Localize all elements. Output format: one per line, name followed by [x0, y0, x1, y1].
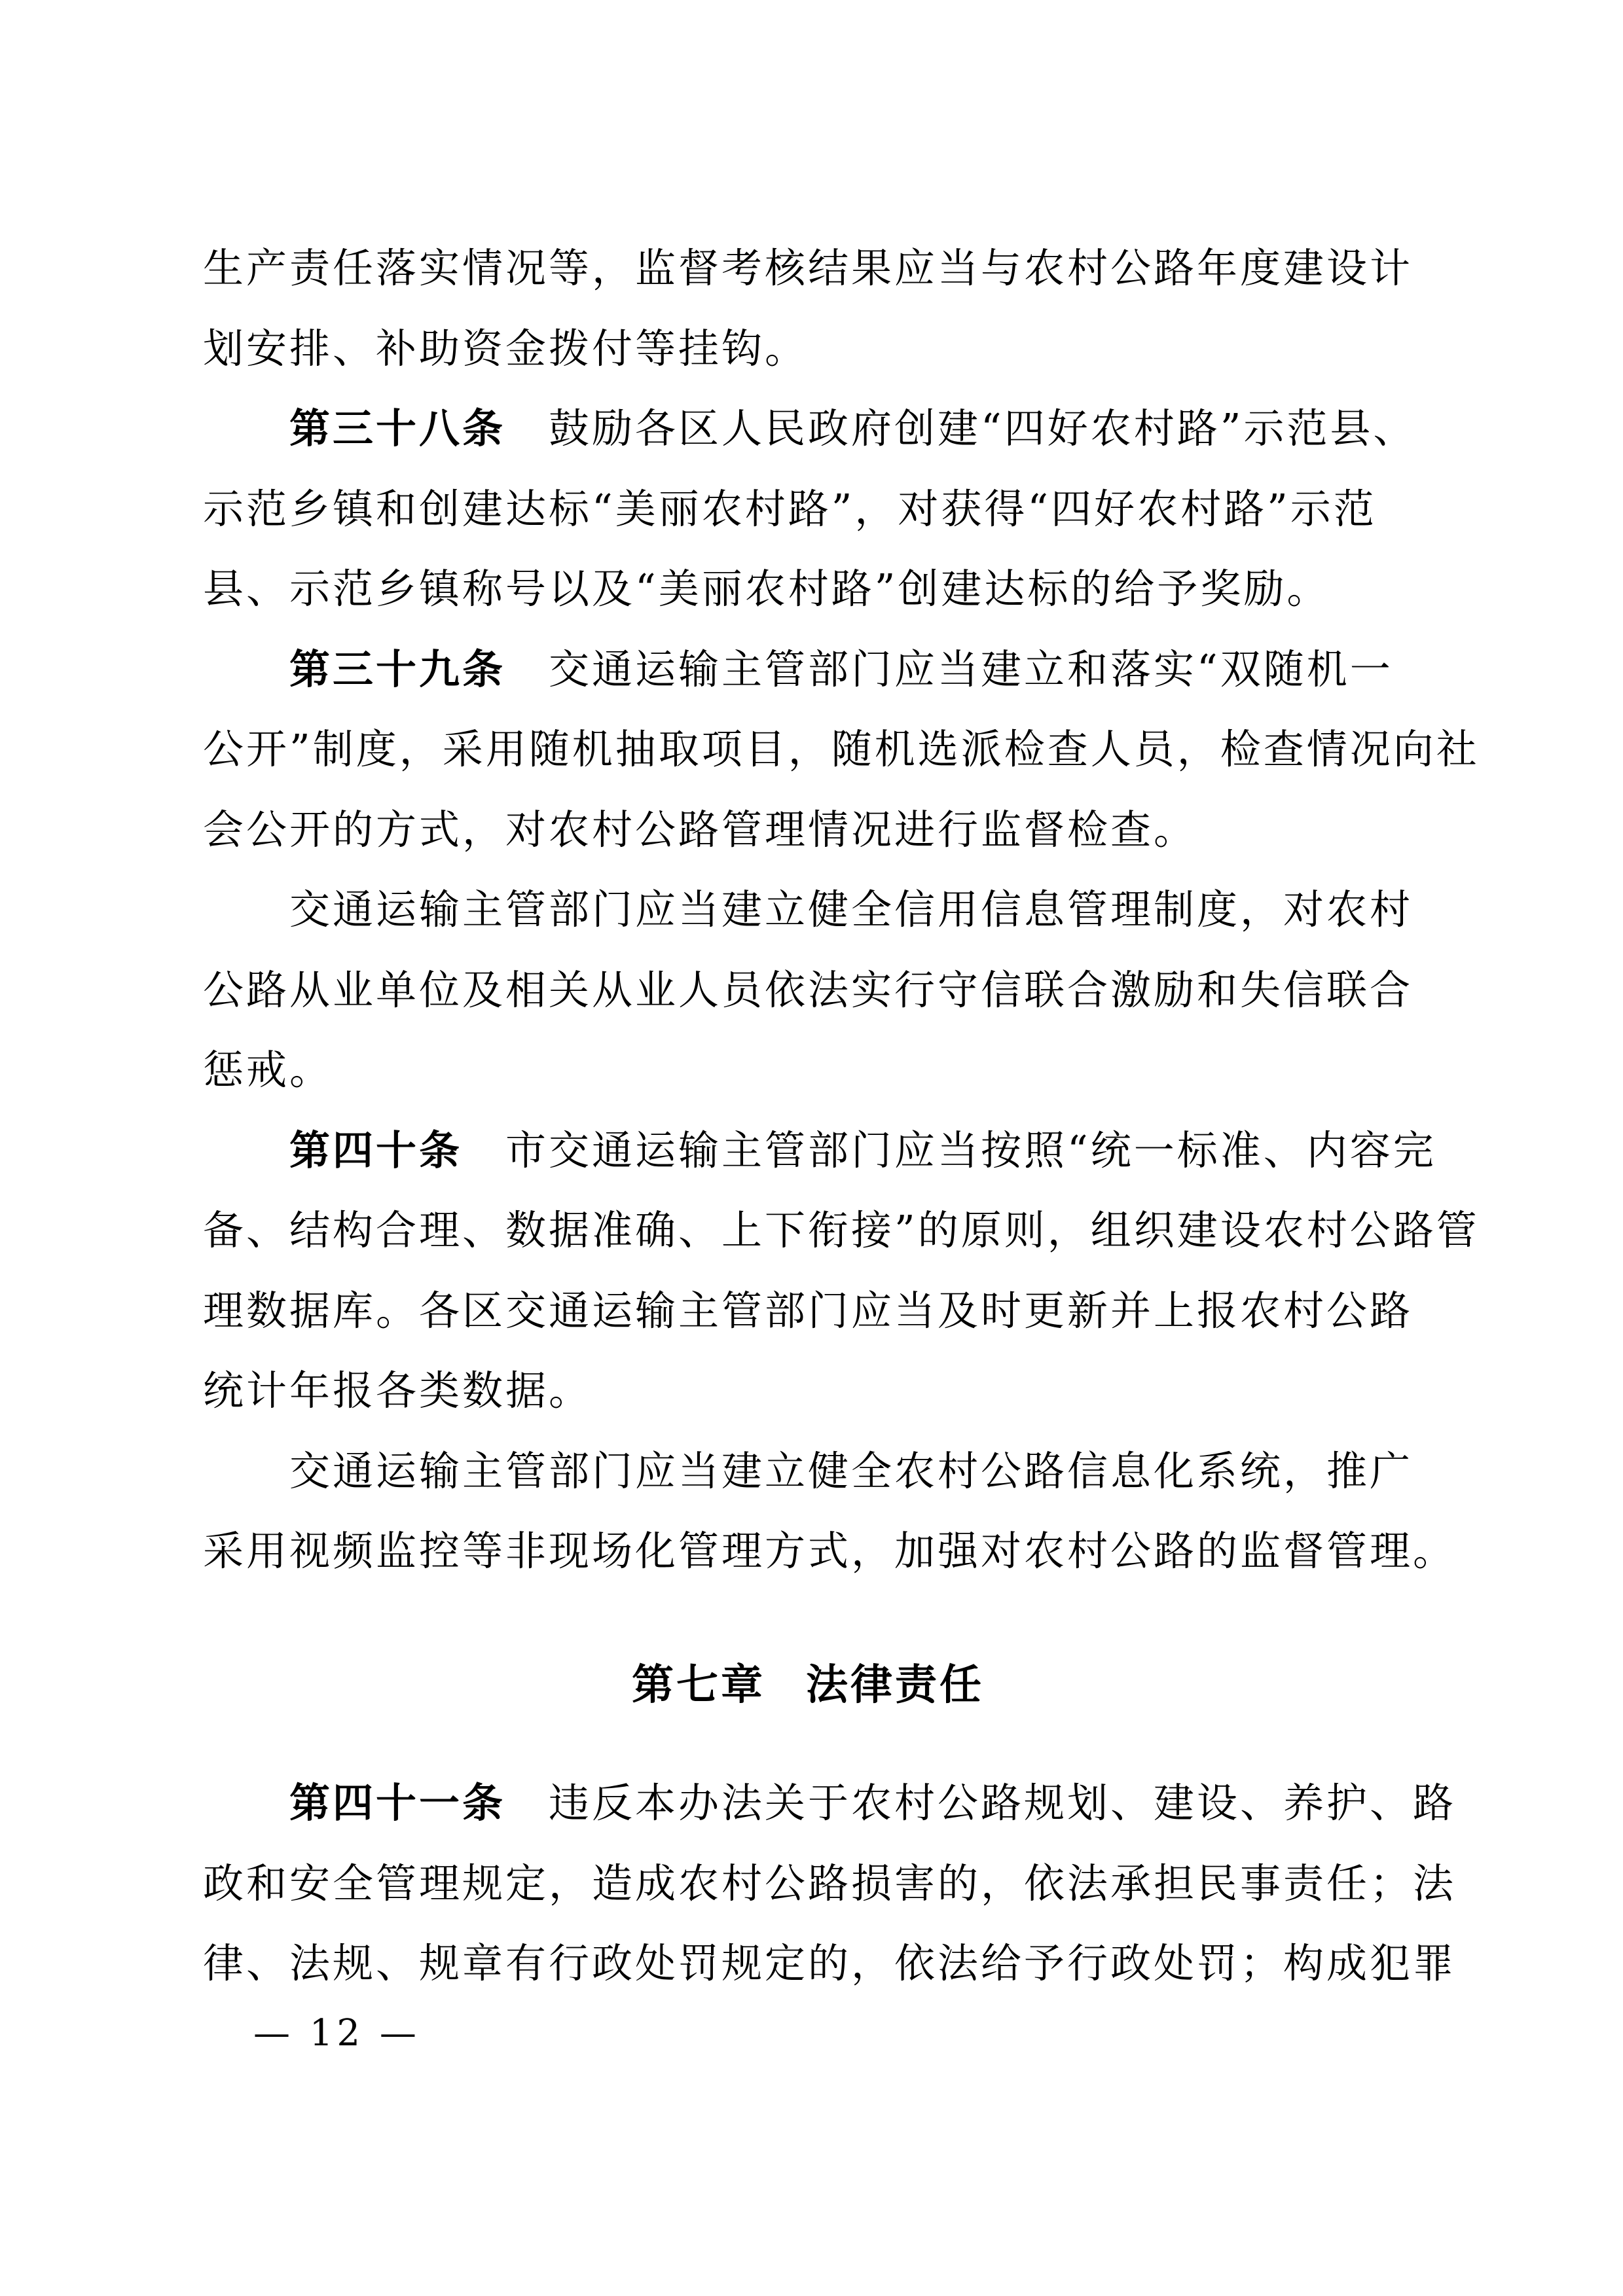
text-line: 惩戒。	[203, 1030, 1413, 1111]
line-text: 交通运输主管部门应当建立健全信用信息管理制度，对农村	[289, 886, 1413, 933]
text-line: 第三十八条鼓励各区人民政府创建“四好农村路”示范县、	[203, 389, 1413, 469]
line-text: 律、法规、规章有行政处罚规定的，依法给予行政处罚；构成犯罪	[203, 1939, 1456, 1987]
text-line: 划安排、补助资金拨付等挂钩。	[203, 309, 1413, 389]
text-line: 采用视频监控等非现场化管理方式，加强对农村公路的监督管理。	[203, 1511, 1413, 1592]
line-text: 鼓励各区人民政府创建“四好农村路”示范县、	[549, 404, 1416, 452]
text-line: 交通运输主管部门应当建立健全农村公路信息化系统，推广	[203, 1431, 1413, 1512]
text-line: 县、示范乡镇称号以及“美丽农村路”创建达标的给予奖励。	[203, 549, 1413, 630]
line-text: 生产责任落实情况等，监督考核结果应当与农村公路年度建设计	[203, 244, 1413, 292]
line-text: 违反本办法关于农村公路规划、建设、养护、路	[549, 1779, 1456, 1827]
text-line: 第四十一条违反本办法关于农村公路规划、建设、养护、路	[203, 1763, 1413, 1844]
line-text: 政和安全管理规定，造成农村公路损害的，依法承担民事责任；法	[203, 1859, 1456, 1907]
text-line: 备、结构合理、数据准确、上下衔接”的原则，组织建设农村公路管	[203, 1191, 1413, 1271]
document-page: 生产责任落实情况等，监督考核结果应当与农村公路年度建设计划安排、补助资金拨付等挂…	[0, 0, 1623, 2296]
line-text: 惩戒。	[203, 1046, 333, 1094]
text-line: 第三十九条交通运输主管部门应当建立和落实“双随机一	[203, 630, 1413, 710]
text-line: 统计年报各类数据。	[203, 1351, 1413, 1431]
text-line: 示范乡镇和创建达标“美丽农村路”，对获得“四好农村路”示范	[203, 469, 1413, 550]
line-text: 县、示范乡镇称号以及“美丽农村路”创建达标的给予奖励。	[203, 565, 1330, 613]
line-text: 交通运输主管部门应当建立和落实“双随机一	[549, 645, 1393, 693]
body-text-before-heading: 生产责任落实情况等，监督考核结果应当与农村公路年度建设计划安排、补助资金拨付等挂…	[203, 228, 1413, 1592]
text-line: 理数据库。各区交通运输主管部门应当及时更新并上报农村公路	[203, 1271, 1413, 1352]
text-line: 第四十条市交通运输主管部门应当按照“统一标准、内容完	[203, 1111, 1413, 1191]
line-text: 市交通运输主管部门应当按照“统一标准、内容完	[505, 1126, 1436, 1174]
line-text: 统计年报各类数据。	[203, 1367, 592, 1414]
text-line: 公路从业单位及相关从业人员依法实行守信联合激励和失信联合	[203, 950, 1413, 1031]
text-line: 交通运输主管部门应当建立健全信用信息管理制度，对农村	[203, 870, 1413, 950]
text-line: 政和安全管理规定，造成农村公路损害的，依法承担民事责任；法	[203, 1844, 1413, 1924]
line-text: 公路从业单位及相关从业人员依法实行守信联合激励和失信联合	[203, 966, 1413, 1014]
line-text: 划安排、补助资金拨付等挂钩。	[203, 325, 808, 372]
article-number: 第三十八条	[289, 404, 505, 452]
chapter-heading: 第七章法律责任	[203, 1645, 1413, 1726]
line-text: 采用视频监控等非现场化管理方式，加强对农村公路的监督管理。	[203, 1527, 1456, 1575]
article-number: 第四十条	[289, 1126, 462, 1174]
text-line: 律、法规、规章有行政处罚规定的，依法给予行政处罚；构成犯罪	[203, 1924, 1413, 2004]
line-text: 理数据库。各区交通运输主管部门应当及时更新并上报农村公路	[203, 1287, 1413, 1335]
line-text: 示范乡镇和创建达标“美丽农村路”，对获得“四好农村路”示范	[203, 485, 1377, 533]
line-text: 备、结构合理、数据准确、上下衔接”的原则，组织建设农村公路管	[203, 1206, 1480, 1254]
line-text: 交通运输主管部门应当建立健全农村公路信息化系统，推广	[289, 1447, 1413, 1495]
text-line: 会公开的方式，对农村公路管理情况进行监督检查。	[203, 790, 1413, 870]
body-text-after-heading: 第四十一条违反本办法关于农村公路规划、建设、养护、路政和安全管理规定，造成农村公…	[203, 1763, 1413, 2004]
article-number: 第四十一条	[289, 1779, 505, 1827]
line-text: 公开”制度，采用随机抽取项目，随机选派检查人员，检查情况向社	[203, 725, 1480, 773]
line-text: 会公开的方式，对农村公路管理情况进行监督检查。	[203, 806, 1197, 853]
chapter-title: 法律责任	[806, 1661, 984, 1710]
chapter-number: 第七章	[632, 1661, 765, 1710]
text-line: 生产责任落实情况等，监督考核结果应当与农村公路年度建设计	[203, 228, 1413, 309]
page-number: — 12 —	[253, 2011, 420, 2056]
article-number: 第三十九条	[289, 645, 505, 693]
text-block: 生产责任落实情况等，监督考核结果应当与农村公路年度建设计划安排、补助资金拨付等挂…	[203, 228, 1413, 2004]
text-line: 公开”制度，采用随机抽取项目，随机选派检查人员，检查情况向社	[203, 709, 1413, 790]
